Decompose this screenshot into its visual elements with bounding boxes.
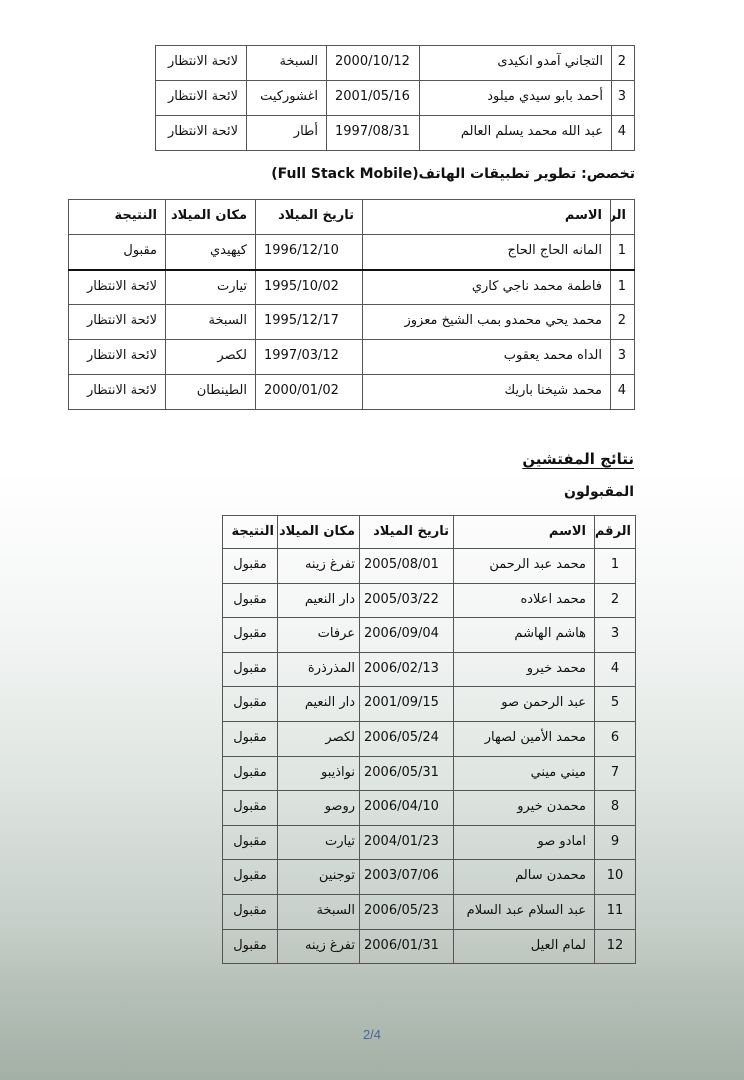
header-result: النتيجة: [69, 200, 166, 235]
header-birth-date: تاريخ الميلاد: [360, 516, 454, 549]
row-birth-date: 2003/07/06: [360, 860, 454, 895]
row-result: لائحة الانتظار: [156, 116, 247, 151]
row-birth-date: 2006/04/10: [360, 791, 454, 826]
table-row: 3الداه محمد يعقوب1997/03/12لكصرلائحة الا…: [69, 340, 635, 375]
row-birth-place: لكصر: [166, 340, 256, 375]
row-name: امادو صو: [454, 825, 595, 860]
row-birth-place: تيارت: [166, 270, 256, 305]
table-row: 4محمد خيرو2006/02/13المذرذرةمقبول: [223, 652, 636, 687]
row-num: 4: [612, 116, 635, 151]
header-birth-place: مكان الميلاد: [278, 516, 360, 549]
row-birth-date: 2006/05/23: [360, 894, 454, 929]
table-row: 1المانه الحاج الحاج1996/12/10كيهيديمقبول: [69, 235, 635, 270]
table-row: 7ميني ميني2006/05/31نواذيبومقبول: [223, 756, 636, 791]
row-name: ميني ميني: [454, 756, 595, 791]
row-birth-place: لكصر: [278, 721, 360, 756]
row-name: المانه الحاج الحاج: [363, 235, 611, 270]
row-result: مقبول: [223, 652, 278, 687]
row-birth-place: اغشوركيت: [247, 81, 327, 116]
inspectors-results-heading: نتائج المفتشين: [522, 450, 634, 468]
table-row: 1محمد عبد الرحمن2005/08/01تفرغ زينهمقبول: [223, 549, 636, 584]
row-result: مقبول: [223, 894, 278, 929]
row-birth-date: 1996/12/10: [256, 235, 363, 270]
row-num: 10: [595, 860, 636, 895]
mobile-specialization-table: الرقم الاسم تاريخ الميلاد مكان الميلاد ا…: [68, 199, 635, 410]
header-num: الرقم: [611, 200, 635, 235]
row-birth-place: نواذيبو: [278, 756, 360, 791]
table-row: 12لمام العيل2006/01/31تفرغ زينهمقبول: [223, 929, 636, 964]
row-name: أحمد بابو سيدي ميلود: [420, 81, 612, 116]
header-result: النتيجة: [223, 516, 278, 549]
row-birth-date: 2006/09/04: [360, 618, 454, 653]
table-row: 2التجاني آمدو انكيدى2000/10/12السبخةلائح…: [156, 46, 635, 81]
row-name: لمام العيل: [454, 929, 595, 964]
inspectors-accepted-table: الرقم الاسم تاريخ الميلاد مكان الميلاد ا…: [222, 515, 636, 964]
row-result: مقبول: [223, 549, 278, 584]
row-birth-place: روصو: [278, 791, 360, 826]
row-name: محمد شيخنا باريك: [363, 375, 611, 410]
header-name: الاسم: [454, 516, 595, 549]
header-num: الرقم: [595, 516, 636, 549]
row-name: عبد الله محمد يسلم العالم: [420, 116, 612, 151]
row-num: 4: [595, 652, 636, 687]
table-row: 2محمد يحي محمدو بمب الشيخ معزوز1995/12/1…: [69, 305, 635, 340]
row-birth-place: دار النعيم: [278, 687, 360, 722]
row-name: عبد السلام عبد السلام: [454, 894, 595, 929]
row-name: هاشم الهاشم: [454, 618, 595, 653]
accepted-subheading: المقبولون: [564, 484, 634, 500]
row-birth-place: أطار: [247, 116, 327, 151]
row-birth-place: عرفات: [278, 618, 360, 653]
table-row: 9امادو صو2004/01/23تيارتمقبول: [223, 825, 636, 860]
row-num: 3: [611, 340, 635, 375]
row-birth-place: تفرغ زينه: [278, 929, 360, 964]
row-name: محمد اعلاده: [454, 583, 595, 618]
row-result: مقبول: [223, 756, 278, 791]
row-birth-place: توجنين: [278, 860, 360, 895]
row-name: محمد خيرو: [454, 652, 595, 687]
row-num: 7: [595, 756, 636, 791]
page-number: 2/4: [0, 1027, 744, 1042]
row-result: لائحة الانتظار: [156, 46, 247, 81]
row-num: 2: [612, 46, 635, 81]
table-row: 8محمدن خيرو2006/04/10روصومقبول: [223, 791, 636, 826]
row-name: محمد عبد الرحمن: [454, 549, 595, 584]
row-birth-date: 1997/03/12: [256, 340, 363, 375]
row-num: 8: [595, 791, 636, 826]
row-num: 2: [595, 583, 636, 618]
row-num: 4: [611, 375, 635, 410]
table-row: 6محمد الأمين لصهار2006/05/24لكصرمقبول: [223, 721, 636, 756]
row-birth-place: المذرذرة: [278, 652, 360, 687]
row-result: مقبول: [223, 791, 278, 826]
row-result: لائحة الانتظار: [69, 375, 166, 410]
row-name: محمدن خيرو: [454, 791, 595, 826]
row-name: فاطمة محمد ناجي كاري: [363, 270, 611, 305]
row-name: محمدن سالم: [454, 860, 595, 895]
row-birth-date: 1995/10/02: [256, 270, 363, 305]
row-birth-place: تفرغ زينه: [278, 549, 360, 584]
row-name: الداه محمد يعقوب: [363, 340, 611, 375]
row-result: مقبول: [223, 825, 278, 860]
row-birth-date: 2001/09/15: [360, 687, 454, 722]
table-row: 2محمد اعلاده2005/03/22دار النعيممقبول: [223, 583, 636, 618]
row-result: مقبول: [69, 235, 166, 270]
row-result: مقبول: [223, 687, 278, 722]
row-num: 2: [611, 305, 635, 340]
row-birth-date: 2004/01/23: [360, 825, 454, 860]
row-result: مقبول: [223, 721, 278, 756]
row-result: مقبول: [223, 860, 278, 895]
table-row: 1فاطمة محمد ناجي كاري1995/10/02تيارتلائح…: [69, 270, 635, 305]
row-num: 1: [595, 549, 636, 584]
row-birth-date: 2006/05/24: [360, 721, 454, 756]
row-birth-date: 2006/02/13: [360, 652, 454, 687]
table-row: 5عبد الرحمن صو2001/09/15دار النعيممقبول: [223, 687, 636, 722]
header-birth-place: مكان الميلاد: [166, 200, 256, 235]
row-birth-place: تيارت: [278, 825, 360, 860]
row-num: 1: [611, 270, 635, 305]
table-header-row: الرقم الاسم تاريخ الميلاد مكان الميلاد ا…: [223, 516, 636, 549]
header-birth-date: تاريخ الميلاد: [256, 200, 363, 235]
specialization-heading: تخصص: تطوير تطبيقات الهاتف(Full Stack Mo…: [271, 166, 635, 182]
row-birth-date: 2000/10/12: [327, 46, 420, 81]
row-result: لائحة الانتظار: [69, 340, 166, 375]
row-num: 3: [612, 81, 635, 116]
table-row: 11عبد السلام عبد السلام2006/05/23السبخةم…: [223, 894, 636, 929]
row-birth-place: دار النعيم: [278, 583, 360, 618]
row-result: مقبول: [223, 583, 278, 618]
row-birth-place: السبخة: [278, 894, 360, 929]
row-birth-date: 2006/01/31: [360, 929, 454, 964]
row-name: التجاني آمدو انكيدى: [420, 46, 612, 81]
row-num: 11: [595, 894, 636, 929]
row-birth-place: كيهيدي: [166, 235, 256, 270]
row-num: 6: [595, 721, 636, 756]
row-birth-date: 1997/08/31: [327, 116, 420, 151]
row-name: محمد الأمين لصهار: [454, 721, 595, 756]
table-row: 3أحمد بابو سيدي ميلود2001/05/16اغشوركيتل…: [156, 81, 635, 116]
row-birth-date: 2005/08/01: [360, 549, 454, 584]
row-birth-date: 1995/12/17: [256, 305, 363, 340]
row-result: مقبول: [223, 929, 278, 964]
table-row: 4محمد شيخنا باريك2000/01/02الطينطانلائحة…: [69, 375, 635, 410]
row-birth-place: السبخة: [166, 305, 256, 340]
row-num: 5: [595, 687, 636, 722]
row-birth-date: 2006/05/31: [360, 756, 454, 791]
row-name: محمد يحي محمدو بمب الشيخ معزوز: [363, 305, 611, 340]
row-result: مقبول: [223, 618, 278, 653]
row-birth-place: الطينطان: [166, 375, 256, 410]
table-header-row: الرقم الاسم تاريخ الميلاد مكان الميلاد ا…: [69, 200, 635, 235]
row-result: لائحة الانتظار: [156, 81, 247, 116]
row-birth-place: السبخة: [247, 46, 327, 81]
header-name: الاسم: [363, 200, 611, 235]
row-num: 1: [611, 235, 635, 270]
row-birth-date: 2001/05/16: [327, 81, 420, 116]
waitlist-continuation-table: 2التجاني آمدو انكيدى2000/10/12السبخةلائح…: [155, 45, 635, 151]
row-num: 9: [595, 825, 636, 860]
row-name: عبد الرحمن صو: [454, 687, 595, 722]
table-row: 4عبد الله محمد يسلم العالم1997/08/31أطار…: [156, 116, 635, 151]
table-row: 3هاشم الهاشم2006/09/04عرفاتمقبول: [223, 618, 636, 653]
row-num: 3: [595, 618, 636, 653]
row-birth-date: 2000/01/02: [256, 375, 363, 410]
row-num: 12: [595, 929, 636, 964]
row-result: لائحة الانتظار: [69, 270, 166, 305]
table-row: 10محمدن سالم2003/07/06توجنينمقبول: [223, 860, 636, 895]
row-result: لائحة الانتظار: [69, 305, 166, 340]
row-birth-date: 2005/03/22: [360, 583, 454, 618]
